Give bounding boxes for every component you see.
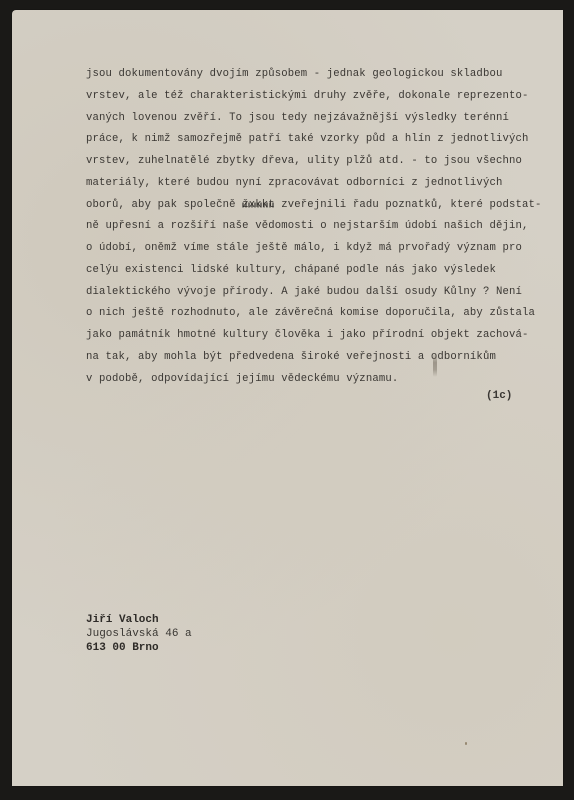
struck-out-word: žxkkt: [242, 199, 275, 211]
text-line-2: vrstev, ale též charakteristickými druhy…: [86, 86, 566, 108]
text-line-6: materiály, které budou nyní zpracovávat …: [86, 173, 566, 195]
text-line-7-end: zveřejnili řadu poznatků, které podstat-: [275, 199, 542, 211]
body-text: jsou dokumentovány dvojím způsobem - jed…: [86, 64, 566, 390]
text-line-3: vaných lovenou zvěří. To jsou tedy nejzá…: [86, 108, 566, 130]
text-line-10: celýu existenci lidské kultury, chápané …: [86, 260, 566, 282]
author-name: Jiří Valoch: [86, 613, 192, 627]
text-line-15: v podobě, odpovídající jejímu vědeckému …: [86, 369, 566, 391]
page-reference: (1c): [486, 390, 512, 402]
text-line-11: dialektického vývoje přírody. A jaké bud…: [86, 282, 566, 304]
ink-smudge: [433, 353, 437, 377]
text-line-14: na tak, aby mohla být předvedena široké …: [86, 347, 566, 369]
author-city: 613 00 Brno: [86, 641, 192, 655]
text-line-5: vrstev, zuhelnatělé zbytky dřeva, ulity …: [86, 151, 566, 173]
text-line-7-start: oborů, aby pak společně: [86, 199, 242, 211]
text-line-13: jako památník hmotné kultury člověka i j…: [86, 325, 566, 347]
text-line-4: práce, k nimž samozřejmě patří také vzor…: [86, 129, 566, 151]
text-line-9: o údobí, oněmž víme stále ještě málo, i …: [86, 238, 566, 260]
author-signature-block: Jiří Valoch Jugoslávská 46 a 613 00 Brno: [86, 613, 192, 655]
text-line-8: ně upřesní a rozšíří naše vědomosti o ne…: [86, 216, 566, 238]
text-line-1: jsou dokumentovány dvojím způsobem - jed…: [86, 64, 566, 86]
text-line-7: oborů, aby pak společně žxkkt zveřejnili…: [86, 195, 566, 217]
text-line-12: o nich ještě rozhodnuto, ale závěrečná k…: [86, 303, 566, 325]
author-street: Jugoslávská 46 a: [86, 627, 192, 641]
scanned-page-frame: jsou dokumentovány dvojím způsobem - jed…: [0, 0, 574, 800]
paper-speck: [465, 742, 467, 745]
paper-sheet: jsou dokumentovány dvojím způsobem - jed…: [12, 10, 563, 786]
